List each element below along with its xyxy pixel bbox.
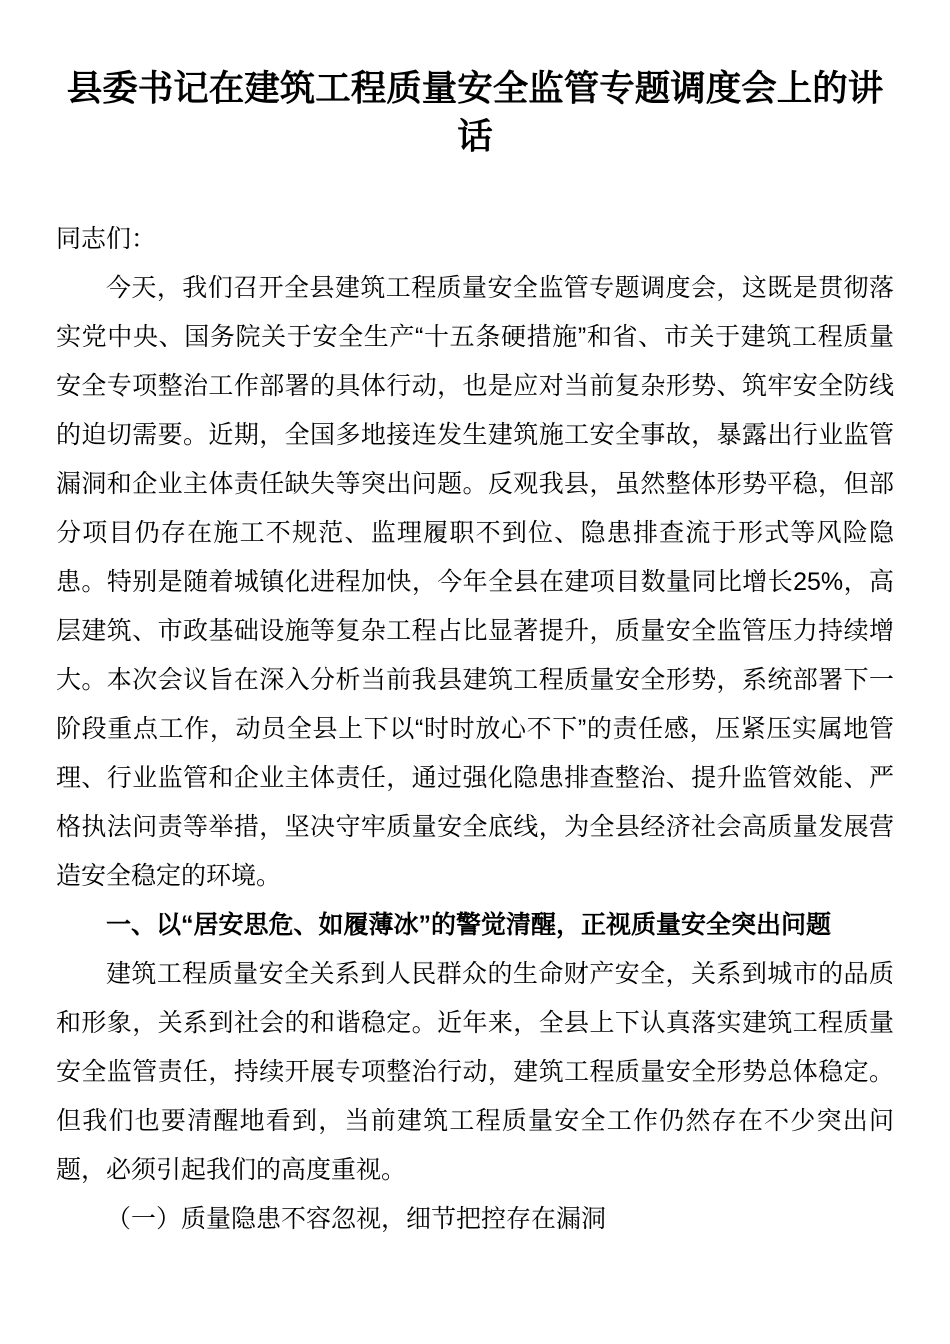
document-title: 县委书记在建筑工程质量安全监管专题调度会上的讲话 xyxy=(56,64,894,160)
speech-paragraph-2: 建筑工程质量安全关系到人民群众的生命财产安全，关系到城市的品质和形象，关系到社会… xyxy=(56,950,894,1195)
section-heading-1: 一、以“居安思危、如履薄冰”的警觉清醒，正视质量安全突出问题 xyxy=(56,901,894,950)
subsection-heading-1: （一）质量隐患不容忽视，细节把控存在漏洞 xyxy=(56,1195,894,1244)
document-page: 县委书记在建筑工程质量安全监管专题调度会上的讲话 同志们： 今天，我们召开全县建… xyxy=(0,0,950,1344)
speech-paragraph-1: 今天，我们召开全县建筑工程质量安全监管专题调度会，这既是贯彻落实党中央、国务院关… xyxy=(56,264,894,901)
salutation-line: 同志们： xyxy=(56,215,894,264)
document-body: 同志们： 今天，我们召开全县建筑工程质量安全监管专题调度会，这既是贯彻落实党中央… xyxy=(56,215,894,1244)
